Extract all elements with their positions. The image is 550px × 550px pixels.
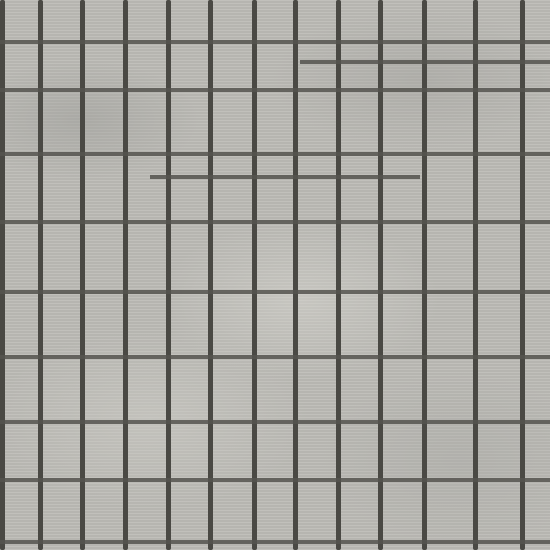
grid-horizontal-line xyxy=(150,175,420,179)
grid-horizontal-line xyxy=(0,290,550,294)
grid-vertical-line xyxy=(422,0,427,550)
grid-horizontal-line xyxy=(0,88,550,92)
grid-horizontal-line xyxy=(0,220,550,224)
grid-horizontal-line xyxy=(300,60,550,64)
grid-vertical-line xyxy=(38,0,43,550)
grid-vertical-line xyxy=(473,0,478,550)
grid-vertical-line xyxy=(80,0,85,550)
grid-vertical-line xyxy=(520,0,525,550)
grid-vertical-line xyxy=(123,0,128,550)
grid-horizontal-line xyxy=(0,540,550,544)
rug-texture xyxy=(0,0,550,550)
grid-horizontal-line xyxy=(0,355,550,359)
grid-vertical-line xyxy=(0,0,5,550)
grid-horizontal-line xyxy=(0,478,550,482)
grid-vertical-line xyxy=(293,0,298,550)
grid-horizontal-line xyxy=(0,40,550,44)
grid-vertical-line xyxy=(252,0,257,550)
grid-horizontal-line xyxy=(0,152,550,156)
grid-vertical-line xyxy=(336,0,341,550)
grid-vertical-line xyxy=(208,0,213,550)
grid-vertical-line xyxy=(378,0,383,550)
grid-vertical-line xyxy=(166,0,171,550)
grid-horizontal-line xyxy=(0,420,550,424)
